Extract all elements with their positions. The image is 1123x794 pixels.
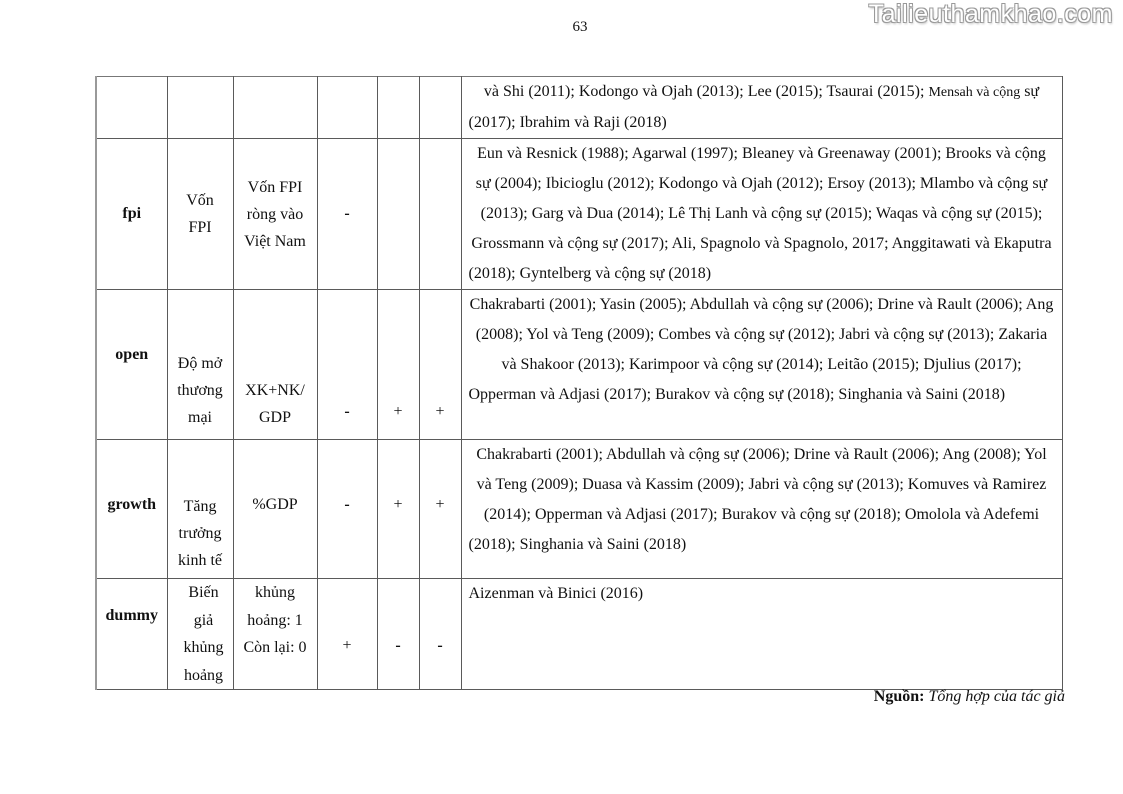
name-cell: Độ mở thương mại	[167, 290, 233, 440]
measure-line: GDP	[234, 404, 317, 431]
name-line: hoảng	[175, 662, 233, 690]
name-cell	[167, 77, 233, 139]
table-row: dummy Biến giả khủng hoảng khủng hoảng: …	[96, 579, 1062, 690]
variable-cell: fpi	[96, 139, 167, 290]
name-cell: Biến giả khủng hoảng	[167, 579, 233, 690]
references-cell: và Shi (2011); Kodongo và Ojah (2013); L…	[461, 77, 1062, 139]
sign2-cell: +	[377, 290, 419, 440]
literature-table: và Shi (2011); Kodongo và Ojah (2013); L…	[95, 76, 1063, 690]
name-line: kinh tế	[168, 547, 233, 574]
sign1-cell: +	[317, 579, 377, 690]
references-cell: Aizenman và Binici (2016)	[461, 579, 1062, 690]
watermark: Tailieuthamkhao.com	[869, 0, 1113, 29]
source-text: Tổng hợp của tác giả	[928, 688, 1065, 705]
table-row: open Độ mở thương mại XK+NK/ GDP - + + C…	[96, 290, 1062, 440]
table-row: growth Tăng trưởng kinh tế %GDP - + + Ch…	[96, 440, 1062, 579]
sign3-cell	[419, 77, 461, 139]
name-line: Vốn	[168, 187, 233, 214]
sign2-cell	[377, 77, 419, 139]
sign3-cell	[419, 139, 461, 290]
table-row: và Shi (2011); Kodongo và Ojah (2013); L…	[96, 77, 1062, 139]
name-line: trưởng	[168, 520, 233, 547]
sign2-cell: -	[377, 579, 419, 690]
name-line: thương	[168, 377, 233, 404]
measure-line: Vốn FPI	[234, 174, 317, 201]
references-text: và Shi (2011); Kodongo và Ojah (2013); L…	[484, 83, 929, 100]
variable-cell: open	[96, 290, 167, 440]
name-line: giả	[175, 607, 233, 635]
references-text-small: Mensah và cộng	[928, 85, 1020, 100]
name-line: Tăng	[168, 493, 233, 520]
sign2-cell: +	[377, 440, 419, 579]
name-line: khủng	[175, 634, 233, 662]
variable-cell: dummy	[96, 579, 167, 690]
references-cell: Chakrabarti (2001); Yasin (2005); Abdull…	[461, 290, 1062, 440]
measure-line: ròng vào	[234, 201, 317, 228]
sign1-cell: -	[317, 139, 377, 290]
name-cell: Vốn FPI	[167, 139, 233, 290]
measure-line: khủng	[234, 579, 317, 607]
variable-cell	[96, 77, 167, 139]
sign3-cell: +	[419, 290, 461, 440]
sign1-cell: -	[317, 290, 377, 440]
measure-line: Còn lại: 0	[234, 634, 317, 662]
measure-line: Việt Nam	[234, 228, 317, 255]
name-line: Biến	[175, 579, 233, 607]
source-note: Nguồn: Tổng hợp của tác giả	[874, 688, 1065, 706]
measure-line: hoảng: 1	[234, 607, 317, 635]
name-line: FPI	[168, 214, 233, 241]
name-cell: Tăng trưởng kinh tế	[167, 440, 233, 579]
table-row: fpi Vốn FPI Vốn FPI ròng vào Việt Nam - …	[96, 139, 1062, 290]
name-line: Độ mở	[168, 350, 233, 377]
references-cell: Eun và Resnick (1988); Agarwal (1997); B…	[461, 139, 1062, 290]
measure-cell: XK+NK/ GDP	[233, 290, 317, 440]
measure-cell	[233, 77, 317, 139]
measure-cell: Vốn FPI ròng vào Việt Nam	[233, 139, 317, 290]
sign3-cell: -	[419, 579, 461, 690]
measure-line: XK+NK/	[234, 377, 317, 404]
sign2-cell	[377, 139, 419, 290]
sign1-cell	[317, 77, 377, 139]
measure-cell: khủng hoảng: 1 Còn lại: 0	[233, 579, 317, 690]
references-cell: Chakrabarti (2001); Abdullah và cộng sự …	[461, 440, 1062, 579]
variable-cell: growth	[96, 440, 167, 579]
sign3-cell: +	[419, 440, 461, 579]
measure-cell: %GDP	[233, 440, 317, 579]
name-line: mại	[168, 404, 233, 431]
sign1-cell: -	[317, 440, 377, 579]
source-label: Nguồn:	[874, 688, 925, 705]
